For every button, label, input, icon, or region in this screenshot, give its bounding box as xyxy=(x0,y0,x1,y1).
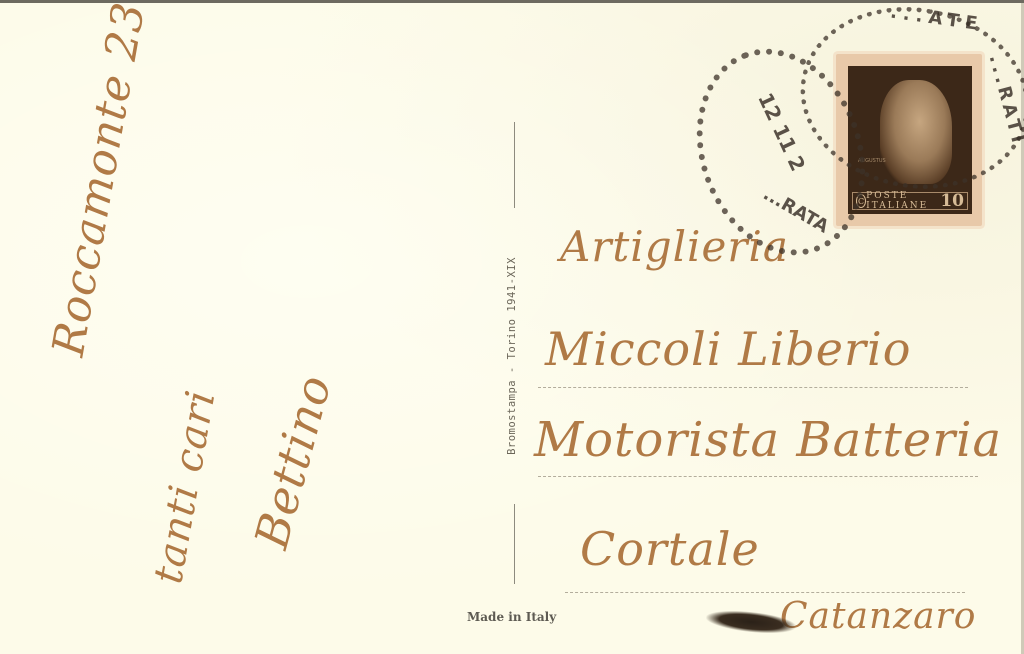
address-line-rule-3 xyxy=(565,592,965,594)
divider-line-bottom xyxy=(514,504,515,584)
recipient-line-3: Motorista Batteria xyxy=(534,412,1002,468)
sender-message-line-1: Roccamonte 23 - 41 xyxy=(43,0,173,360)
stamp-value-band: C POSTE ITALIANE 10 xyxy=(852,192,968,210)
sender-signature: Bettino xyxy=(244,369,342,554)
address-line-rule-1 xyxy=(538,387,968,389)
recipient-line-4: Cortale xyxy=(580,522,760,576)
stamp-country: POSTE ITALIANE xyxy=(866,191,940,211)
postcard-back: Roccamonte 23 - 41 tanti cari Bettino Br… xyxy=(0,0,1024,654)
recipient-line-5: Catanzaro xyxy=(780,596,976,637)
recipient-line-2: Miccoli Liberio xyxy=(545,322,911,376)
address-line-rule-2 xyxy=(538,476,978,478)
divider-line-top xyxy=(514,122,515,208)
publisher-imprint: Bromostampa - Torino 1941-XIX xyxy=(506,206,518,506)
stamp-denomination: 10 xyxy=(940,191,964,211)
sender-message-line-2: tanti cari xyxy=(145,387,224,587)
made-in-italy-label: Made in Italy xyxy=(467,610,556,624)
